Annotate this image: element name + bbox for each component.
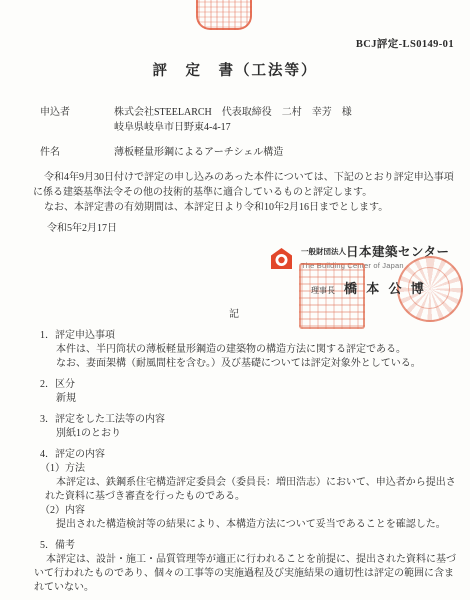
- section: 3．評定をした工法等の内容別紙1のとおり: [34, 413, 457, 441]
- section: 4．評定の内容（1）方法本評定は、鉄鋼系住宅構造評定委員会（委員長：増田浩志）に…: [34, 448, 457, 532]
- section: 1．評定申込事項本件は、半円筒状の薄板軽量形鋼造の建築物の構造方法に関する評定で…: [34, 329, 457, 371]
- section-paragraph: 新規: [34, 392, 457, 406]
- section-heading: 3．評定をした工法等の内容: [34, 413, 457, 427]
- section: 5．備考本評定は、設計・施工・品質管理等が適正に行われることを前提に、提出された…: [34, 539, 457, 595]
- applicant-name: 株式会社STEELARCH 代表取締役 二村 幸芳 様: [114, 106, 456, 121]
- section-paragraph: なお、妻面架構（耐風間柱を含む。）及び基礎については評定対象外としている。: [34, 357, 457, 371]
- sections: 1．評定申込事項本件は、半円筒状の薄板軽量形鋼造の建築物の構造方法に関する評定で…: [34, 329, 457, 600]
- document-title: 評 定 書（工法等）: [0, 64, 470, 78]
- applicant-value: 株式会社STEELARCH 代表取締役 二村 幸芳 様 岐阜県岐阜市日野東4-4…: [114, 106, 456, 135]
- section-paragraph: 本評定は、設計・施工・品質管理等が適正に行われることを前提に、提出された資料に基…: [34, 553, 457, 595]
- section-paragraph: 本評定は、鉄鋼系住宅構造評定委員会（委員長：増田浩志）において、申込者から提出さ…: [34, 476, 457, 504]
- section-heading: 5．備考: [34, 539, 457, 553]
- section-heading: 2．区分: [34, 378, 457, 392]
- section-heading: 1．評定申込事項: [34, 329, 457, 343]
- registration-stamp-seal-icon: [196, 0, 252, 30]
- section-paragraph: 別紙1のとおり: [34, 427, 457, 441]
- applicant-label: 申込者: [40, 106, 114, 135]
- president-title: 理事長: [311, 286, 335, 295]
- section-paragraph: 本件は、半円筒状の薄板軽量形鋼造の建築物の構造方法に関する評定である。: [34, 343, 457, 357]
- section-heading: 4．評定の内容: [34, 448, 457, 462]
- bcj-house-logo-icon: [271, 248, 292, 269]
- body-paragraph-1: 令和4年9月30日付けで評定の申し込みのあった本件については、下記のとおり評定申…: [33, 170, 456, 200]
- president-signature: 理事長橋 本 公 博: [311, 282, 427, 298]
- section: 2．区分新規: [34, 378, 457, 406]
- body-paragraph-2: なお、本評定書の有効期間は、本評定日より令和10年2月16日までとします。: [33, 200, 456, 215]
- section-paragraph: （1）方法: [34, 462, 457, 476]
- certificate-document-page: BCJ評定-LS0149-01 評 定 書（工法等） 申込者 株式会社STEEL…: [0, 0, 470, 600]
- body-text: 令和4年9月30日付けで評定の申し込みのあった本件については、下記のとおり評定申…: [33, 170, 456, 215]
- subject-label: 件名: [40, 146, 114, 161]
- record-mark: 記: [0, 308, 470, 322]
- applicant-address: 岐阜県岐阜市日野東4-4-17: [114, 121, 456, 136]
- document-number: BCJ評定-LS0149-01: [356, 38, 454, 52]
- subject-value: 薄板軽量形鋼によるアーチシェル構造: [114, 146, 456, 161]
- section-paragraph: 提出された構造検討等の結果により、本構造方法について妥当であることを確認した。: [34, 518, 457, 532]
- section-paragraph: （2）内容: [34, 504, 457, 518]
- president-name: 橋 本 公 博: [344, 281, 427, 296]
- subject-row: 件名 薄板軽量形鋼によるアーチシェル構造: [40, 146, 456, 161]
- issue-date: 令和5年2月17日: [47, 222, 117, 236]
- applicant-row: 申込者 株式会社STEELARCH 代表取締役 二村 幸芳 様 岐阜県岐阜市日野…: [40, 106, 456, 135]
- organization-type: 一般財団法人: [301, 247, 346, 256]
